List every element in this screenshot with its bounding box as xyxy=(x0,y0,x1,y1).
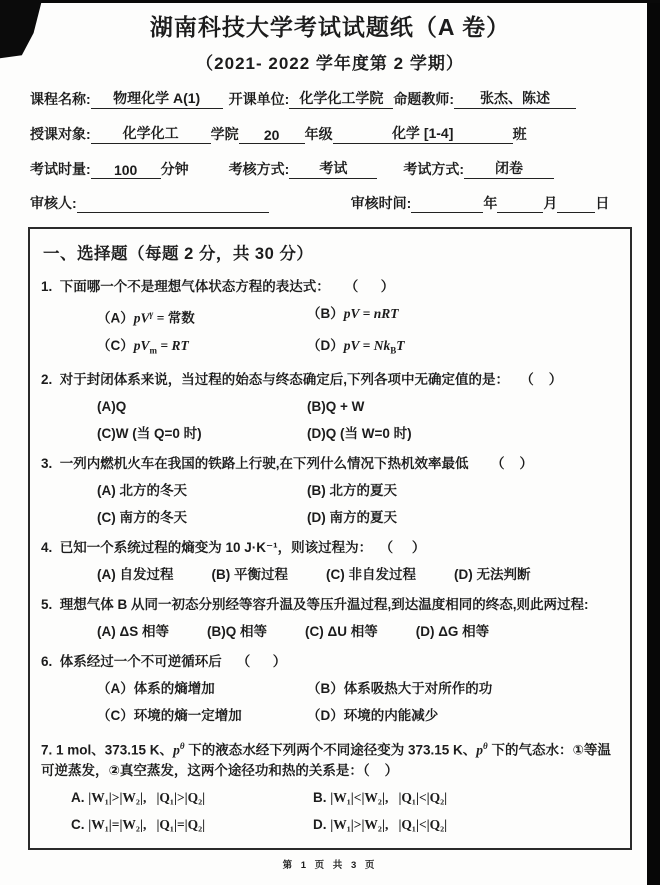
question-3-options-row-1: (A) 北方的冬天 (B) 北方的夏天 xyxy=(41,481,618,501)
target-label: 授课对象: xyxy=(30,124,91,144)
question-5-options-row: (A) ΔS 相等 (B)Q 相等 (C) ΔU 相等 (D) ΔG 相等 xyxy=(41,622,618,642)
question-2-options-row-1: (A)Q (B)Q + W xyxy=(41,397,618,417)
course-value: 物理化学 A(1) xyxy=(91,88,223,109)
option-b: （B）体系吸热大于对所作的功 xyxy=(307,679,492,699)
duration-value: 100 xyxy=(91,162,161,179)
option-c: (C) ΔU 相等 xyxy=(305,622,378,642)
option-a: (A) 自发过程 xyxy=(97,565,174,585)
option-a: A. |W₁|>|W₂|, |Q₁|>|Q₂| xyxy=(71,788,313,808)
question-3-options-row-2: (C) 南方的冬天 (D) 南方的夏天 xyxy=(41,508,618,528)
scan-edge-top xyxy=(0,0,660,3)
question-1-options-row-2: （C）pVm = RT （D）pV = NkBT xyxy=(41,336,618,361)
question-1: 1. 下面哪一个不是理想气体状态方程的表达式： （ ） （A）pVγ = 常数 … xyxy=(41,277,618,360)
question-7: 7. 1 mol、373.15 K、pθ 下的液态水经下列两个不同途径变为 37… xyxy=(41,736,618,835)
option-c: (C)W (当 Q=0 时) xyxy=(97,424,307,444)
unit-value: 化学化工学院 xyxy=(289,88,393,109)
option-d: (D) 南方的夏天 xyxy=(307,508,397,528)
question-1-options-row-1: （A）pVγ = 常数 （B）pV = nRT xyxy=(41,304,618,329)
college-suffix: 学院 xyxy=(211,124,239,144)
assess-value: 考试 xyxy=(289,158,377,179)
option-d: (D)Q (当 W=0 时) xyxy=(307,424,412,444)
page-subtitle: （2021- 2022 学年度第 2 学期） xyxy=(0,49,660,74)
course-label: 课程名称: xyxy=(30,89,91,109)
grade-value: 20 xyxy=(239,127,305,144)
option-a: (A) 北方的冬天 xyxy=(97,481,307,501)
exam-info-form: 课程名称: 物理化学 A(1) 开课单位: 化学化工学院 命题教师: 张杰、陈述… xyxy=(30,88,630,213)
option-a: (A) ΔS 相等 xyxy=(97,622,169,642)
option-d: （D）环境的内能减少 xyxy=(307,706,438,726)
form-row-duration: 考试时量: 100 分钟 考核方式: 考试 考试方式: 闭卷 xyxy=(30,158,630,179)
question-4-stem: 4. 已知一个系统过程的熵变为 10 J·K⁻¹，则该过程为： （ ） xyxy=(41,538,618,558)
option-b: (B) 北方的夏天 xyxy=(307,481,397,501)
option-d: (D) 无法判断 xyxy=(454,565,531,585)
mode-label: 考试方式: xyxy=(403,159,464,179)
option-b: (B) 平衡过程 xyxy=(212,565,289,585)
question-3: 3. 一列内燃机火车在我国的铁路上行驶,在下列什么情况下热机效率最低 （ ） (… xyxy=(41,454,618,528)
grade-suffix: 年级 xyxy=(305,124,333,144)
reviewer-value xyxy=(77,212,269,213)
review-year-value xyxy=(411,212,483,213)
option-c: （C）环境的熵一定增加 xyxy=(97,706,307,726)
teacher-value: 张杰、陈述 xyxy=(454,88,576,109)
option-d: (D) ΔG 相等 xyxy=(416,622,489,642)
option-a: （A）体系的熵增加 xyxy=(97,679,307,699)
page-number: 第 1 页 共 3 页 xyxy=(0,857,660,871)
mode-value: 闭卷 xyxy=(464,158,554,179)
form-row-course: 课程名称: 物理化学 A(1) 开课单位: 化学化工学院 命题教师: 张杰、陈述 xyxy=(30,88,630,109)
question-7-options-row-2: C. |W₁|=|W₂|, |Q₁|=|Q₂| D. |W₁|>|W₂|, |Q… xyxy=(41,815,618,835)
target-value: 化学化工 xyxy=(91,123,211,144)
question-6: 6. 体系经过一个不可逆循环后 （ ） （A）体系的熵增加 （B）体系吸热大于对… xyxy=(41,652,618,726)
option-d: （D）pV = NkBT xyxy=(307,336,404,361)
option-b: （B）pV = nRT xyxy=(307,304,398,329)
assess-label: 考核方式: xyxy=(229,159,290,179)
question-4: 4. 已知一个系统过程的熵变为 10 J·K⁻¹，则该过程为： （ ） (A) … xyxy=(41,538,618,585)
option-c: C. |W₁|=|W₂|, |Q₁|=|Q₂| xyxy=(71,815,313,835)
unit-label: 开课单位: xyxy=(229,89,290,109)
class-suffix: 班 xyxy=(513,124,527,144)
reviewer-label: 审核人: xyxy=(30,193,77,213)
duration-label: 考试时量: xyxy=(30,159,91,179)
question-5: 5. 理想气体 B 从同一初态分别经等容升温及等压升温过程,到达温度相同的终态,… xyxy=(41,595,618,642)
option-b: (B)Q + W xyxy=(307,397,364,417)
option-b: (B)Q 相等 xyxy=(207,622,267,642)
question-7-stem: 7. 1 mol、373.15 K、pθ 下的液态水经下列两个不同途径变为 37… xyxy=(41,736,618,781)
question-1-stem: 1. 下面哪一个不是理想气体状态方程的表达式： （ ） xyxy=(41,277,618,297)
question-3-stem: 3. 一列内燃机火车在我国的铁路上行驶,在下列什么情况下热机效率最低 （ ） xyxy=(41,454,618,474)
question-5-stem: 5. 理想气体 B 从同一初态分别经等容升温及等压升温过程,到达温度相同的终态,… xyxy=(41,595,618,615)
day-suffix: 日 xyxy=(595,193,609,213)
month-suffix: 月 xyxy=(543,193,557,213)
question-7-options-row-1: A. |W₁|>|W₂|, |Q₁|>|Q₂| B. |W₁|<|W₂|, |Q… xyxy=(41,788,618,808)
teacher-label: 命题教师: xyxy=(393,89,454,109)
option-a: (A)Q xyxy=(97,397,307,417)
review-day-value xyxy=(557,212,595,213)
scan-edge-right xyxy=(647,0,660,885)
review-month-value xyxy=(497,212,543,213)
option-c: （C）pVm = RT xyxy=(97,336,307,361)
year-suffix: 年 xyxy=(483,193,497,213)
form-row-review: 审核人: 审核时间: 年 月 日 xyxy=(30,193,630,213)
page-title: 湖南科技大学考试试题纸（A 卷） xyxy=(0,9,660,42)
option-c: (C) 非自发过程 xyxy=(326,565,416,585)
review-time-label: 审核时间: xyxy=(351,193,412,213)
option-a: （A）pVγ = 常数 xyxy=(97,304,307,329)
section-heading: 一、选择题（每题 2 分，共 30 分） xyxy=(43,240,618,264)
question-6-options-row-1: （A）体系的熵增加 （B）体系吸热大于对所作的功 xyxy=(41,679,618,699)
question-2-stem: 2. 对于封闭体系来说，当过程的始态与终态确定后,下列各项中无确定值的是： （ … xyxy=(41,370,618,390)
question-4-options-row: (A) 自发过程 (B) 平衡过程 (C) 非自发过程 (D) 无法判断 xyxy=(41,565,618,585)
question-2: 2. 对于封闭体系来说，当过程的始态与终态确定后,下列各项中无确定值的是： （ … xyxy=(41,370,618,444)
option-d: D. |W₁|>|W₂|, |Q₁|<|Q₂| xyxy=(313,815,447,835)
option-b: B. |W₁|<|W₂|, |Q₁|<|Q₂| xyxy=(313,788,447,808)
duration-suffix: 分钟 xyxy=(161,159,189,179)
question-2-options-row-2: (C)W (当 Q=0 时) (D)Q (当 W=0 时) xyxy=(41,424,618,444)
form-row-target: 授课对象: 化学化工 学院 20 年级 化学 [1-4] 班 xyxy=(30,123,630,144)
option-c: (C) 南方的冬天 xyxy=(97,508,307,528)
question-box: 一、选择题（每题 2 分，共 30 分） 1. 下面哪一个不是理想气体状态方程的… xyxy=(28,227,632,850)
question-6-options-row-2: （C）环境的熵一定增加 （D）环境的内能减少 xyxy=(41,706,618,726)
class-value: 化学 [1-4] xyxy=(333,123,513,144)
question-6-stem: 6. 体系经过一个不可逆循环后 （ ） xyxy=(41,652,618,672)
